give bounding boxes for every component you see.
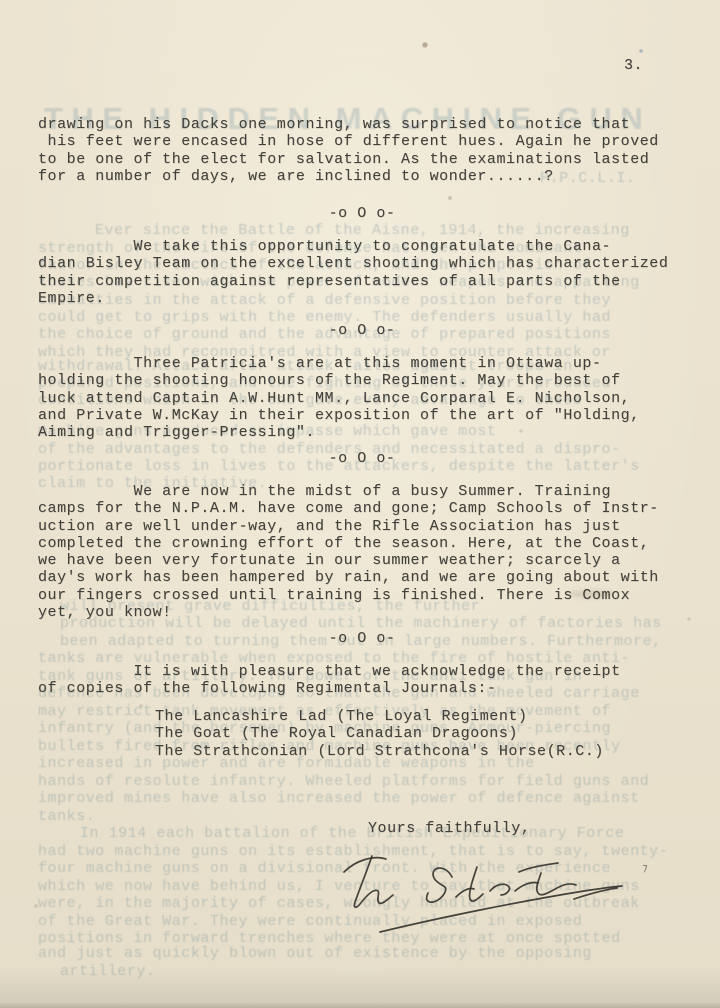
typed-line: It is with pleasure that we acknowledge … <box>38 663 621 680</box>
pen-tick-mark: ⁊ <box>641 861 648 876</box>
bleedthrough-line: hands of resolute infantry. Wheeled plat… <box>38 773 649 790</box>
typed-line: yet, you know! <box>38 604 659 621</box>
paragraph: It is with pleasure that we acknowledge … <box>38 663 621 698</box>
closing-salutation: Yours faithfully, <box>368 820 530 837</box>
section-separator: -o O o- <box>38 450 686 467</box>
typed-line: holding the shooting honours of the Regi… <box>38 372 640 389</box>
section-separator: -o O o- <box>38 322 686 339</box>
bleedthrough-line: Ever since the Battle of the Aisne, 1914… <box>95 222 630 239</box>
page-number: 3. <box>624 57 643 74</box>
bleedthrough-line: artillery. <box>60 963 156 980</box>
typed-line: we have been very fortunate in our summe… <box>38 552 659 569</box>
typed-line: camps for the N.P.A.M. have come and gon… <box>38 500 659 517</box>
paragraph: drawing on his Dacks one morning, was su… <box>38 116 659 185</box>
typed-line: and Private W.McKay in their exposition … <box>38 407 640 424</box>
bleedthrough-line: tanks. <box>38 808 95 825</box>
typed-line: his feet were encased in hose of differe… <box>38 133 659 150</box>
editor-signature <box>322 846 642 946</box>
typed-line: Aiming and Trigger-Pressing". <box>38 424 640 441</box>
section-separator: -o O o- <box>38 630 686 647</box>
bleedthrough-line: improved mines have also increased the p… <box>38 790 640 807</box>
typed-line: Empire. <box>38 290 668 307</box>
typed-line: our fingers crossed until training is fi… <box>38 587 659 604</box>
journal-item: The Strathconian (Lord Strathcona's Hors… <box>155 743 604 760</box>
typed-line: of copies of the following Regimental Jo… <box>38 680 621 697</box>
typed-line: to be one of the elect for salvation. As… <box>38 151 659 168</box>
typed-line: drawing on his Dacks one morning, was su… <box>38 116 659 133</box>
journal-item: The Lancashire Lad (The Loyal Regiment) <box>155 708 604 725</box>
paragraph: We take this opportunity to congratulate… <box>38 238 668 307</box>
typed-line: dian Bisley Team on the excellent shooti… <box>38 255 668 272</box>
typed-line: luck attend Captain A.W.Hunt MM., Lance … <box>38 390 640 407</box>
journal-item: The Goat (The Royal Canadian Dragoons) <box>155 725 604 742</box>
paragraph: We are now in the midst of a busy Summer… <box>38 483 659 621</box>
typed-line: day's work has been hampered by rain, an… <box>38 569 659 586</box>
scanned-letter-page: P.P.C.L.I.Ever since the Battle of the A… <box>0 0 720 1008</box>
bleedthrough-line: In 1914 each battalion of the British Ex… <box>80 825 624 842</box>
typed-line: We are now in the midst of a busy Summer… <box>38 483 659 500</box>
section-separator: -o O o- <box>38 205 686 222</box>
journal-list: The Lancashire Lad (The Loyal Regiment)T… <box>155 708 604 760</box>
bleedthrough-line: and just as quickly blown out of existen… <box>38 945 592 962</box>
typed-line: completed the crowning effort of the sea… <box>38 535 659 552</box>
typed-line: Three Patricia's are at this moment in O… <box>38 355 640 372</box>
typed-line: their competition against representative… <box>38 273 668 290</box>
typed-line: We take this opportunity to congratulate… <box>38 238 668 255</box>
paper-speckles <box>0 0 2 2</box>
paragraph: Three Patricia's are at this moment in O… <box>38 355 640 441</box>
typed-line: uction are well under-way, and the Rifle… <box>38 518 659 535</box>
typed-line: for a number of days, we are inclined to… <box>38 168 659 185</box>
